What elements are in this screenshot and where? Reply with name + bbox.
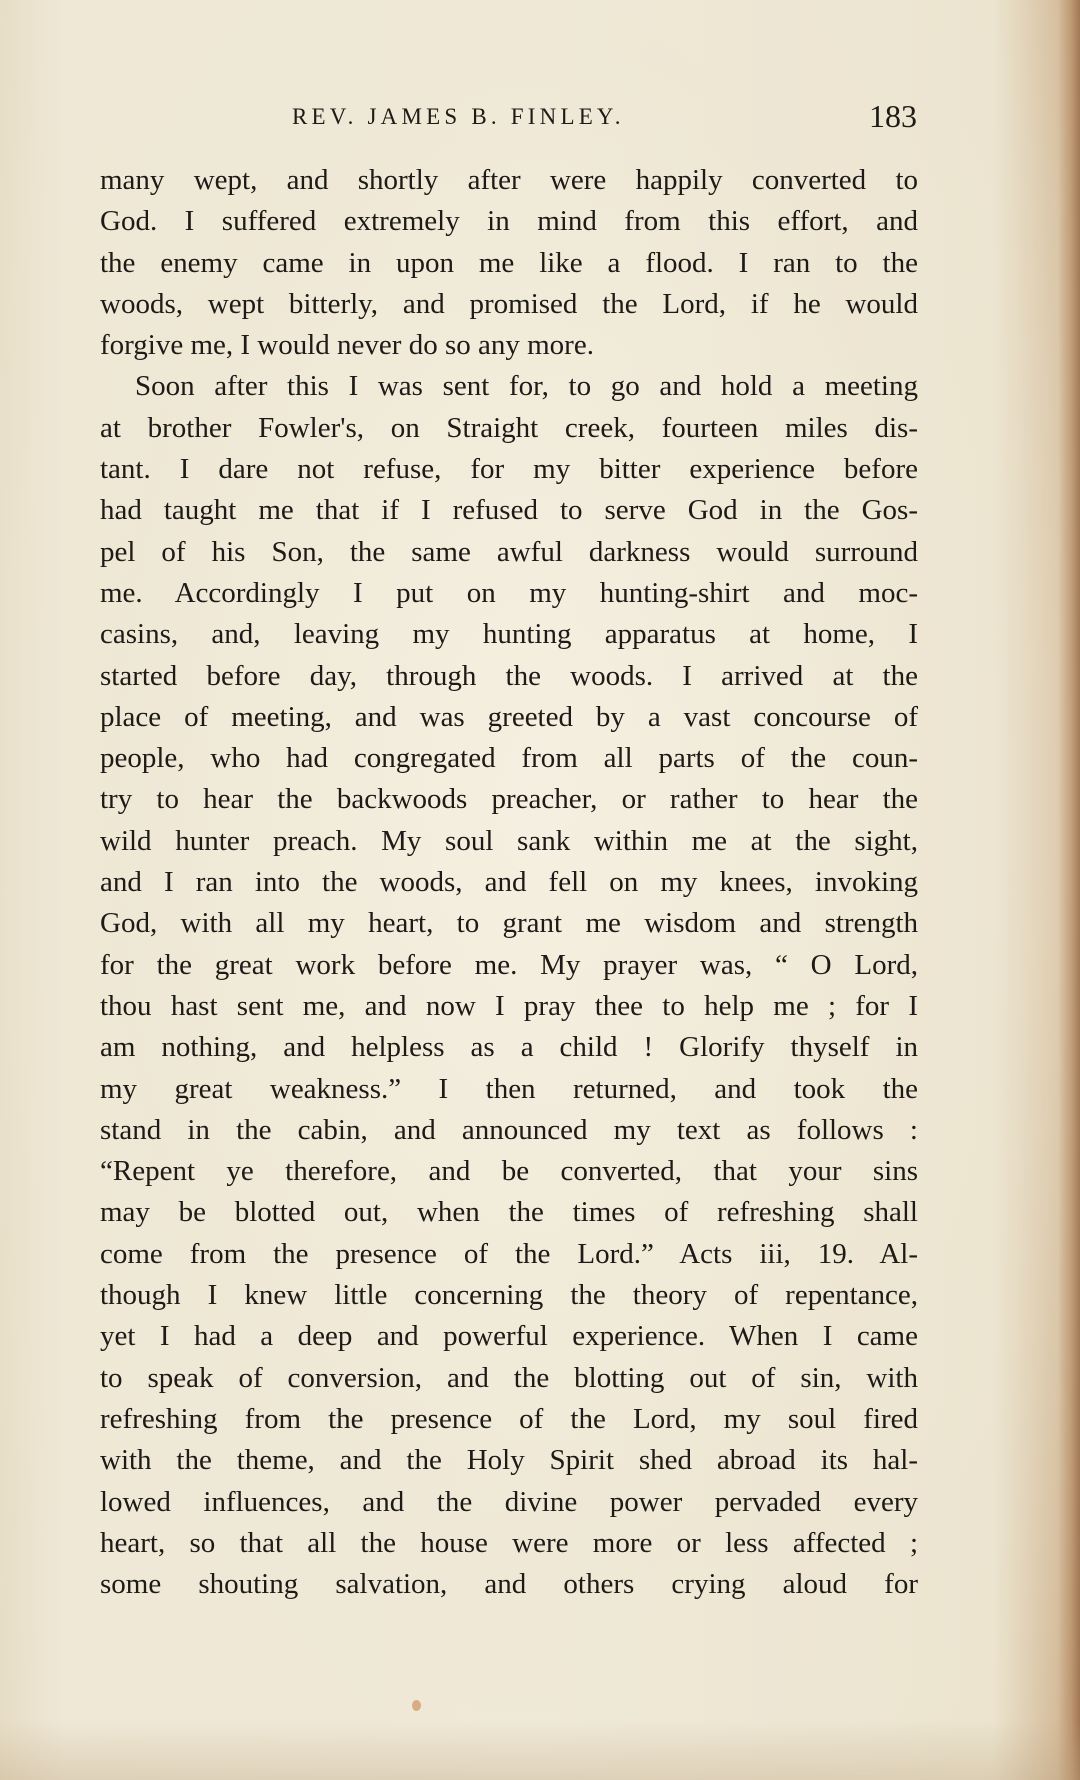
text-line: had taught me that if I refused to serve… [100, 490, 918, 531]
text-line: lowed influences, and the divine power p… [100, 1482, 918, 1523]
text-line: come from the presence of the Lord.” Act… [100, 1234, 918, 1275]
text-line: God. I suffered extremely in mind from t… [100, 201, 918, 242]
text-line: me. Accordingly I put on my hunting-shir… [100, 573, 918, 614]
text-line: wild hunter preach. My soul sank within … [100, 821, 918, 862]
text-line: people, who had congregated from all par… [100, 738, 918, 779]
text-line: am nothing, and helpless as a child ! Gl… [100, 1027, 918, 1068]
paragraph-start-line: Soon after this I was sent for, to go an… [100, 366, 918, 407]
text-line: for the great work before me. My prayer … [100, 945, 918, 986]
text-line: refreshing from the presence of the Lord… [100, 1399, 918, 1440]
text-line: started before day, through the woods. I… [100, 656, 918, 697]
text-line: woods, wept bitterly, and promised the L… [100, 284, 918, 325]
page-number: 183 [869, 98, 917, 135]
paper-stain [412, 1700, 421, 1711]
text-line: “Repent ye therefore, and be converted, … [100, 1151, 918, 1192]
text-line: may be blotted out, when the times of re… [100, 1192, 918, 1233]
paragraph-end-line: forgive me, I would never do so any more… [100, 325, 918, 366]
text-line: some shouting salvation, and others cryi… [100, 1564, 918, 1605]
text-line: stand in the cabin, and announced my tex… [100, 1110, 918, 1151]
book-page: REV. JAMES B. FINLEY. 183 many wept, and… [0, 0, 1080, 1780]
running-title: REV. JAMES B. FINLEY. [292, 104, 625, 130]
text-line: my great weakness.” I then returned, and… [100, 1069, 918, 1110]
text-line: try to hear the backwoods preacher, or r… [100, 779, 918, 820]
text-line: tant. I dare not refuse, for my bitter e… [100, 449, 918, 490]
text-line: yet I had a deep and powerful experience… [100, 1316, 918, 1357]
text-line: God, with all my heart, to grant me wisd… [100, 903, 918, 944]
text-line: the enemy came in upon me like a flood. … [100, 243, 918, 284]
text-line: though I knew little concerning the theo… [100, 1275, 918, 1316]
text-line: to speak of conversion, and the blotting… [100, 1358, 918, 1399]
text-line: and I ran into the woods, and fell on my… [100, 862, 918, 903]
text-line: pel of his Son, the same awful darkness … [100, 532, 918, 573]
text-line: place of meeting, and was greeted by a v… [100, 697, 918, 738]
text-line: casins, and, leaving my hunting apparatu… [100, 614, 918, 655]
text-line: many wept, and shortly after were happil… [100, 160, 918, 201]
running-head: REV. JAMES B. FINLEY. 183 [292, 98, 917, 138]
text-line: heart, so that all the house were more o… [100, 1523, 918, 1564]
body-text: many wept, and shortly after were happil… [100, 160, 918, 1605]
text-line: thou hast sent me, and now I pray thee t… [100, 986, 918, 1027]
text-line: with the theme, and the Holy Spirit shed… [100, 1440, 918, 1481]
text-line: at brother Fowler's, on Straight creek, … [100, 408, 918, 449]
